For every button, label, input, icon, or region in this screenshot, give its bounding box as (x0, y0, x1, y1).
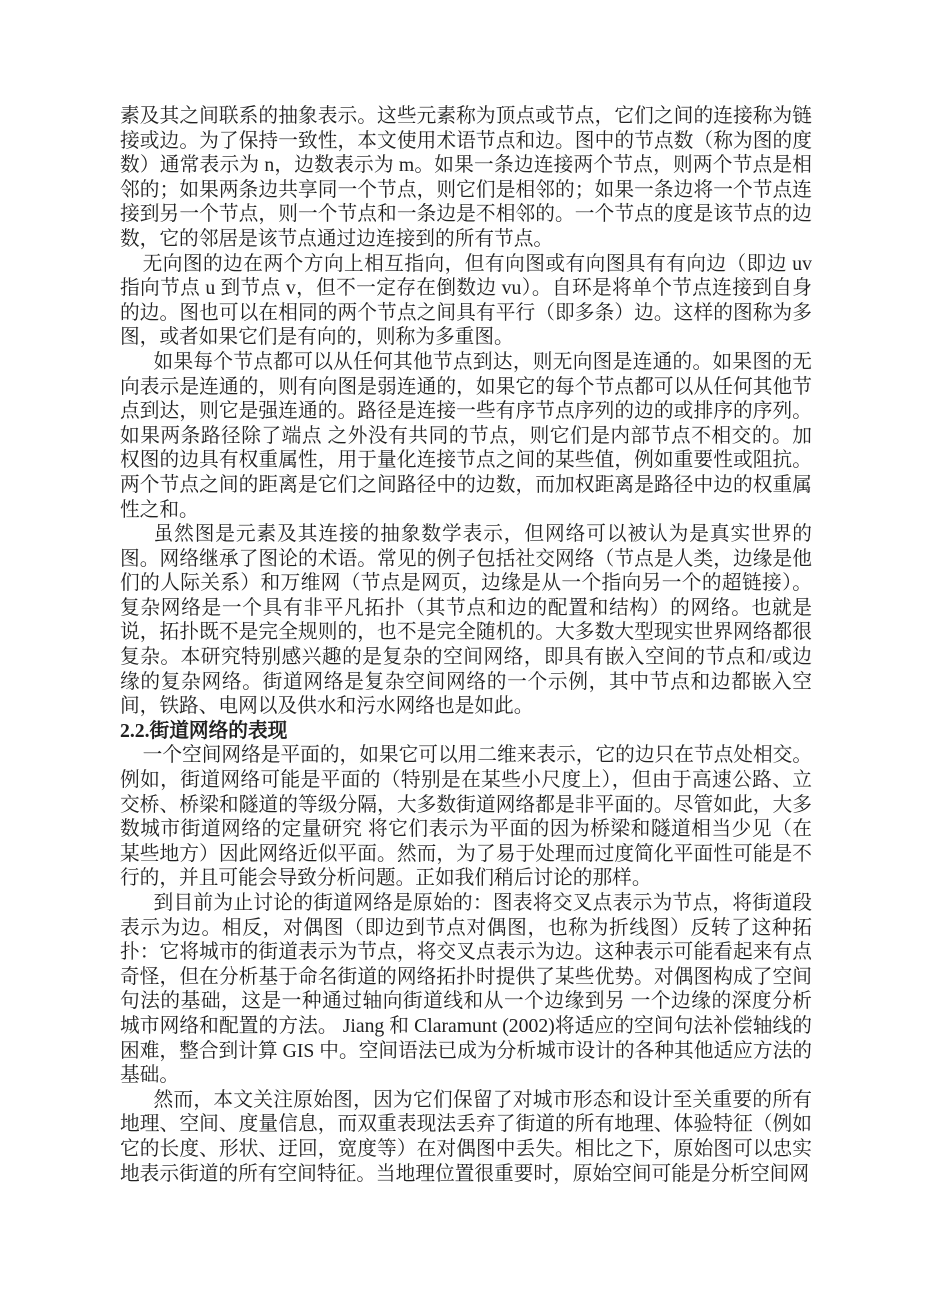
paragraph-planarity: 一个空间网络是平面的，如果它可以用二维来表示，它的边只在节点处相交。例如，街道网… (120, 743, 812, 891)
section-heading-street-network-representation: 2.2.街道网络的表现 (120, 719, 812, 744)
paragraph-networks-complex-networks: 虽然图是元素及其连接的抽象数学表示，但网络可以被认为是真实世界的图。网络继承了图… (120, 522, 812, 719)
paragraph-primal-dual-graphs: 到目前为止讨论的街道网络是原始的：图表将交叉点表示为节点，将街道段表示为边。相反… (120, 891, 812, 1088)
paragraph-connectivity-paths-weights: 如果每个节点都可以从任何其他节点到达，则无向图是连通的。如果图的无向表示是连通的… (120, 350, 812, 522)
paragraph-graph-terminology: 素及其之间联系的抽象表示。这些元素称为顶点或节点，它们之间的连接称为链接或边。为… (120, 104, 812, 252)
paragraph-directed-undirected-edges: 无向图的边在两个方向上相互指向，但有向图或有向图具有有向边（即边 uv 指向节点… (120, 252, 812, 350)
document-page: 素及其之间联系的抽象表示。这些元素称为顶点或节点，它们之间的连接称为链接或边。为… (120, 104, 812, 1186)
paragraph-primal-graph-focus: 然而，本文关注原始图，因为它们保留了对城市形态和设计至关重要的所有地理、空间、度… (120, 1088, 812, 1186)
